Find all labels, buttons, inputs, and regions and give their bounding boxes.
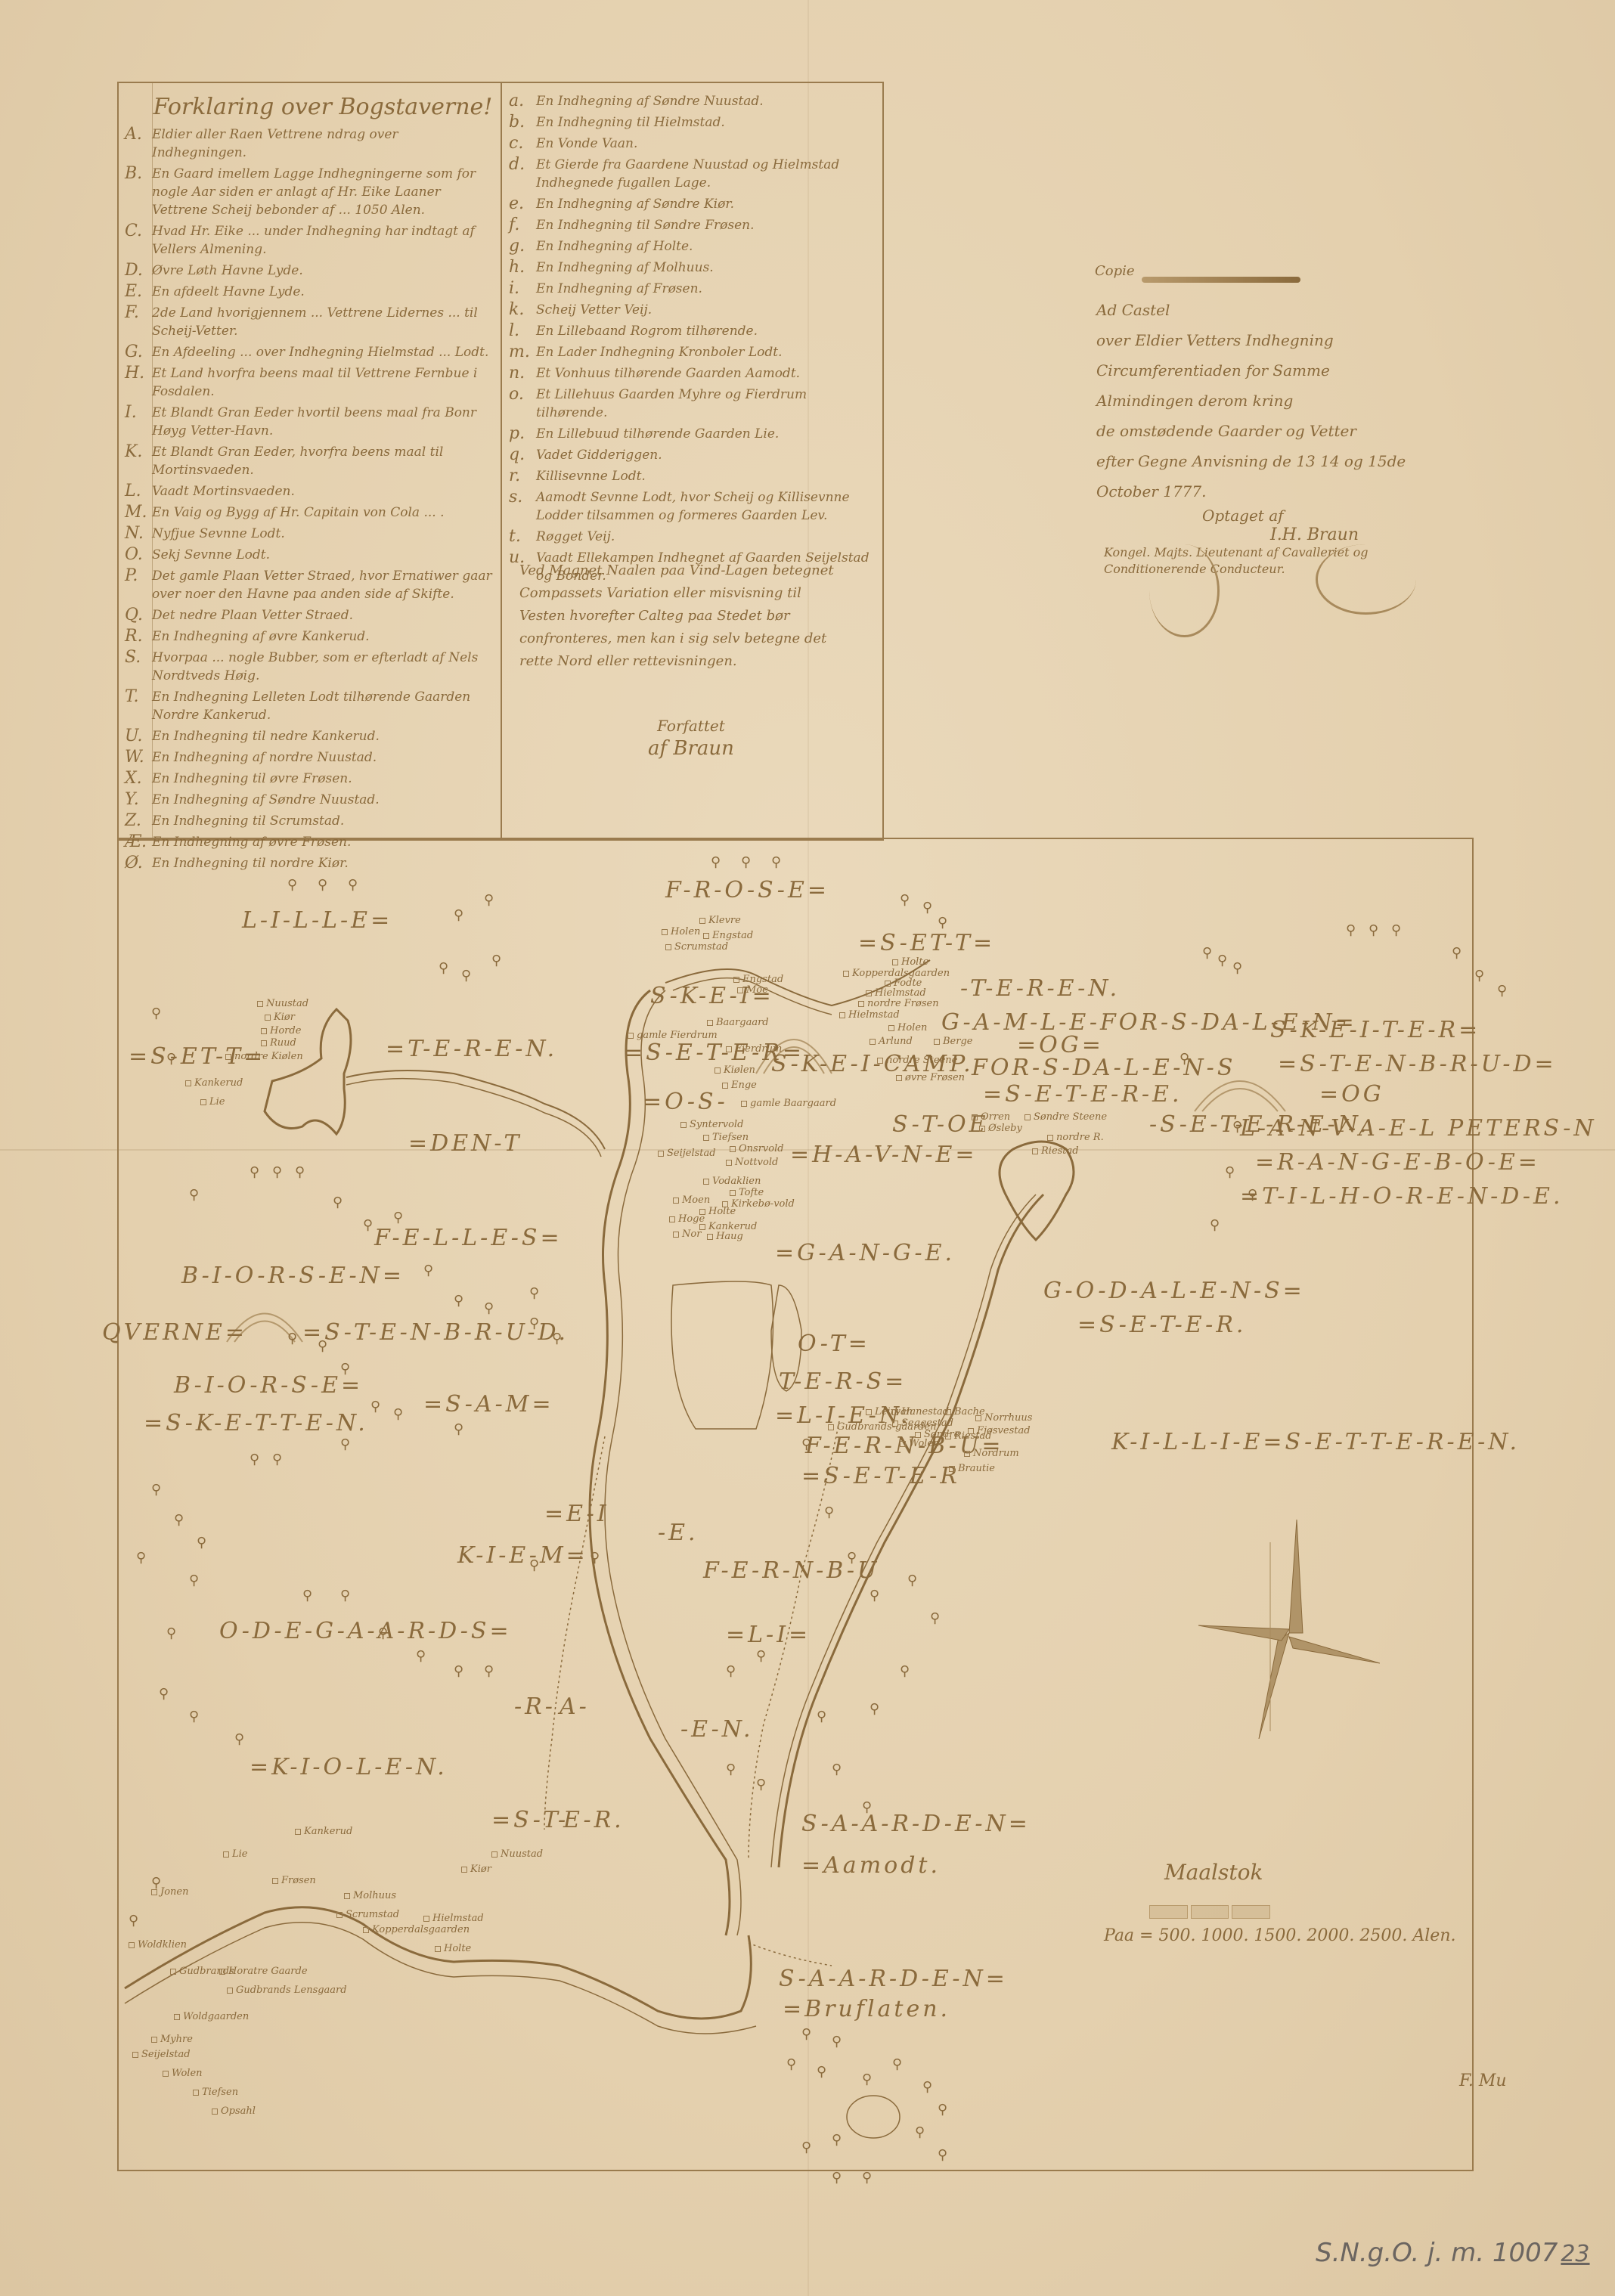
tree-icon: ⚲ bbox=[197, 1535, 206, 1551]
farm-label: Brautie bbox=[949, 1463, 995, 1474]
farm-label: Hanestad bbox=[892, 1406, 949, 1418]
tree-icon: ⚲ bbox=[340, 1588, 350, 1603]
farm-label: Fierdrum bbox=[726, 1043, 782, 1055]
region-label: =Aamodt. bbox=[801, 1852, 941, 1879]
region-label: =S-E-T-E-R-E. bbox=[983, 1081, 1182, 1108]
tree-icon: ⚲ bbox=[166, 1625, 176, 1641]
tree-icon: ⚲ bbox=[250, 1452, 259, 1467]
tree-icon: ⚲ bbox=[590, 1550, 600, 1566]
tree-icon: ⚲ bbox=[363, 1217, 373, 1233]
tree-icon: ⚲ bbox=[166, 1051, 176, 1067]
farm-label: Nor bbox=[673, 1229, 701, 1240]
region-label: -E-N. bbox=[680, 1716, 754, 1743]
farm-label: Baargaard bbox=[707, 1017, 769, 1028]
tree-icon: ⚲ bbox=[1346, 922, 1356, 938]
enclosure-field bbox=[671, 1281, 773, 1429]
tree-icon: ⚲ bbox=[938, 2102, 947, 2118]
farm-label: Molhuus bbox=[344, 1890, 396, 1901]
tree-icon: ⚲ bbox=[151, 1005, 161, 1021]
tree-icon: ⚲ bbox=[938, 2147, 947, 2163]
farm-label: gamle Baargaard bbox=[741, 1098, 836, 1109]
region-label: F-E-L-L-E-S= bbox=[374, 1225, 563, 1251]
compass-rose-icon bbox=[1168, 1512, 1380, 1739]
tree-icon: ⚲ bbox=[529, 1285, 539, 1301]
tree-icon: ⚲ bbox=[922, 900, 932, 916]
region-label: G-O-D-A-L-E-N-S= bbox=[1043, 1278, 1305, 1304]
tree-icon: ⚲ bbox=[174, 1512, 184, 1528]
farm-label: Klevre bbox=[699, 915, 741, 926]
farm-label: Haug bbox=[707, 1231, 743, 1242]
tree-icon: ⚲ bbox=[1210, 1217, 1220, 1233]
region-label: E-R. bbox=[563, 1807, 625, 1833]
region-label: L-A-N-V-A-E-L PETERS-N bbox=[1240, 1115, 1597, 1142]
region-label: S-K-E-I-T-E-R= bbox=[1270, 1017, 1480, 1043]
tree-icon: ⚲ bbox=[1202, 945, 1212, 961]
tree-icon: ⚲ bbox=[416, 1648, 426, 1664]
tree-icon: ⚲ bbox=[189, 1709, 199, 1724]
farm-label: Kiør bbox=[461, 1864, 491, 1875]
hill-steinbrud bbox=[1195, 1081, 1285, 1111]
tree-icon: ⚲ bbox=[869, 1588, 879, 1603]
tree-icon: ⚲ bbox=[234, 1731, 244, 1747]
farm-label: Hielmstad bbox=[839, 1009, 900, 1021]
farm-label: Tiefsen bbox=[703, 1132, 749, 1143]
farm-label: Kopperdalsgaarden bbox=[363, 1924, 470, 1935]
region-label: =S-A-M= bbox=[423, 1391, 554, 1418]
region-label: =S-T-E-N-B-R-U-D= bbox=[1278, 1051, 1557, 1077]
tree-icon: ⚲ bbox=[824, 1504, 834, 1520]
farm-label: Onsrvold bbox=[730, 1143, 784, 1154]
farm-label: Horde bbox=[261, 1025, 301, 1036]
farm-label: Moen bbox=[673, 1194, 710, 1206]
farm-label: Holte bbox=[892, 956, 928, 968]
tree-icon: ⚲ bbox=[318, 877, 327, 893]
tree-icon: ⚲ bbox=[915, 2124, 925, 2140]
farm-label: Riestad bbox=[1032, 1145, 1079, 1157]
tree-icon: ⚲ bbox=[333, 1194, 343, 1210]
tree-icon: ⚲ bbox=[832, 1762, 842, 1777]
tree-icon: ⚲ bbox=[801, 2140, 811, 2155]
tree-icon: ⚲ bbox=[393, 1406, 403, 1422]
farm-label: Opsahl bbox=[212, 2105, 256, 2117]
farm-label: Engstad bbox=[733, 974, 783, 985]
region-label: =Bruflaten. bbox=[783, 1996, 950, 2022]
farm-label: Horatre Gaarde bbox=[219, 1966, 308, 1977]
region-label: T-E-R-S= bbox=[779, 1368, 907, 1395]
farm-label: Kankerud bbox=[185, 1077, 243, 1089]
archive-reference-sub: 23 bbox=[1561, 2241, 1589, 2267]
tree-icon: ⚲ bbox=[250, 1164, 259, 1180]
region-label: =O-S- bbox=[643, 1089, 728, 1115]
tree-icon: ⚲ bbox=[287, 877, 297, 893]
region-label: =S-E-T-E-R. bbox=[1077, 1312, 1246, 1338]
region-label: S-A-A-R-D-E-N= bbox=[779, 1966, 1008, 1992]
tree-icon: ⚲ bbox=[1391, 922, 1401, 938]
farm-label: Hielmstad bbox=[866, 987, 926, 999]
tree-icon: ⚲ bbox=[1452, 945, 1462, 961]
tree-icon: ⚲ bbox=[423, 1263, 433, 1278]
road-main bbox=[544, 1436, 605, 1830]
farm-label: Holen bbox=[888, 1022, 927, 1033]
farm-label: gamle Fierdrum bbox=[628, 1030, 718, 1041]
region-label: =S-ET-T= bbox=[858, 930, 995, 956]
farm-label: nordre R. bbox=[1047, 1132, 1104, 1143]
tree-icon: ⚲ bbox=[1179, 1051, 1189, 1067]
tree-icon: ⚲ bbox=[159, 1686, 169, 1702]
region-label: S-A-A-R-D-E-N= bbox=[801, 1811, 1031, 1837]
tree-icon: ⚲ bbox=[862, 2071, 872, 2087]
region-label: =E-I bbox=[544, 1501, 609, 1527]
tree-icon: ⚲ bbox=[726, 1663, 736, 1679]
region-label: =R-A-N-G-E-B-O-E= bbox=[1255, 1149, 1540, 1176]
region-label: =L-I= bbox=[726, 1622, 811, 1648]
farm-label: Vodaklien bbox=[703, 1176, 761, 1187]
tree-icon: ⚲ bbox=[711, 854, 721, 870]
tree-icon: ⚲ bbox=[786, 2056, 796, 2072]
tree-icon: ⚲ bbox=[1217, 953, 1227, 968]
tree-icon: ⚲ bbox=[340, 1436, 350, 1452]
farm-label: Tofte bbox=[730, 1187, 764, 1198]
east-river bbox=[779, 1194, 1043, 1867]
farm-label: Arlund bbox=[869, 1036, 913, 1047]
tree-icon: ⚲ bbox=[454, 1421, 463, 1437]
tree-icon: ⚲ bbox=[832, 2132, 842, 2148]
tree-icon: ⚲ bbox=[726, 1762, 736, 1777]
tree-icon: ⚲ bbox=[892, 2056, 902, 2072]
tree-icon: ⚲ bbox=[817, 2064, 826, 2080]
farm-label: Scrumstad bbox=[665, 941, 728, 953]
tree-icon: ⚲ bbox=[741, 854, 751, 870]
region-label: -T-E-R-E-N. bbox=[960, 975, 1120, 1002]
tree-icon: ⚲ bbox=[907, 1572, 917, 1588]
farm-label: Frøsen bbox=[272, 1875, 316, 1886]
region-label: =T-E-R-E-N. bbox=[386, 1036, 557, 1062]
scale-graphic bbox=[1149, 1905, 1270, 1919]
tree-icon: ⚲ bbox=[922, 2079, 932, 2095]
tree-icon: ⚲ bbox=[1225, 1164, 1235, 1180]
tree-icon: ⚲ bbox=[302, 1588, 312, 1603]
tree-icon: ⚲ bbox=[151, 1482, 161, 1498]
region-label: B-I-O-R-S-E-N= bbox=[181, 1263, 405, 1289]
tree-icon: ⚲ bbox=[136, 1550, 146, 1566]
farm-label: Syntervold bbox=[680, 1119, 743, 1130]
tree-icon: ⚲ bbox=[869, 1701, 879, 1717]
farm-label: Holen bbox=[662, 926, 700, 937]
tree-icon: ⚲ bbox=[295, 1164, 305, 1180]
farm-label: Holte bbox=[699, 1206, 736, 1217]
tree-icon: ⚲ bbox=[756, 1777, 766, 1792]
corner-mark: F. Mu bbox=[1459, 2071, 1507, 2090]
farm-label: Enge bbox=[722, 1080, 757, 1091]
farm-label: Tiefsen bbox=[193, 2087, 238, 2098]
farm-label: nordre Kiølen bbox=[225, 1051, 303, 1062]
tree-icon: ⚲ bbox=[484, 892, 494, 908]
region-label: B-I-O-R-S-E= bbox=[174, 1372, 363, 1399]
farm-label: Scrumstad bbox=[336, 1909, 399, 1920]
tree-icon: ⚲ bbox=[1232, 960, 1242, 976]
region-label: =S-T- bbox=[491, 1807, 569, 1833]
region-label: O-T= bbox=[798, 1331, 870, 1357]
farm-label: Norrhuus bbox=[975, 1412, 1032, 1424]
region-label: =T-I-L-H-O-R-E-N-D-E. bbox=[1240, 1183, 1563, 1210]
farm-label: Gudbrands Lensgaard bbox=[227, 1985, 347, 1996]
tree-icon: ⚲ bbox=[189, 1572, 199, 1588]
tree-icon: ⚲ bbox=[348, 877, 358, 893]
farm-label: Øsleby bbox=[979, 1123, 1022, 1134]
region-label: =K-I-O-L-E-N. bbox=[250, 1754, 448, 1780]
tree-icon: ⚲ bbox=[272, 1164, 282, 1180]
tree-icon: ⚲ bbox=[801, 1436, 811, 1452]
region-label: =H-A-V-N-E= bbox=[790, 1142, 978, 1168]
tree-icon: ⚲ bbox=[129, 1913, 138, 1929]
farm-label: Wolen bbox=[900, 1438, 940, 1449]
region-label: O-D-E-G-A-A-R-D-S= bbox=[219, 1618, 512, 1644]
region-label: FOR-S-DA-L-E-N-S bbox=[972, 1055, 1235, 1081]
farm-label: Wolen bbox=[163, 2068, 203, 2079]
tree-icon: ⚲ bbox=[439, 960, 448, 976]
farm-label: Fjøsvestad bbox=[968, 1425, 1031, 1436]
tree-icon: ⚲ bbox=[151, 1875, 161, 1891]
farm-label: Ruud bbox=[261, 1037, 296, 1049]
farm-label: Holte bbox=[435, 1943, 471, 1954]
tree-icon: ⚲ bbox=[189, 1187, 199, 1203]
tree-icon: ⚲ bbox=[318, 1338, 327, 1354]
tree-icon: ⚲ bbox=[930, 1610, 940, 1626]
tree-icon: ⚲ bbox=[1248, 1187, 1257, 1203]
farm-label: Nuustad bbox=[257, 998, 308, 1009]
farm-label: Myhre bbox=[151, 2034, 193, 2045]
farm-label: Lie bbox=[200, 1096, 225, 1108]
tree-icon: ⚲ bbox=[454, 1293, 463, 1309]
scale-text: Paa = 500. 1000. 1500. 2000. 2500. Alen. bbox=[1104, 1926, 1455, 1945]
farm-label: Hielmstad bbox=[423, 1913, 484, 1924]
tree-icon: ⚲ bbox=[756, 1648, 766, 1664]
tree-icon: ⚲ bbox=[484, 1663, 494, 1679]
farm-label: Søndre Steene bbox=[1024, 1111, 1107, 1123]
enclosure-south bbox=[847, 2096, 900, 2138]
tree-icon: ⚲ bbox=[862, 1799, 872, 1815]
region-label: =G-A-N-G-E. bbox=[775, 1240, 955, 1266]
region-label: =S-E-T-E-R bbox=[801, 1463, 960, 1489]
tree-icon: ⚲ bbox=[370, 1399, 380, 1414]
tree-icon: ⚲ bbox=[771, 854, 781, 870]
tree-icon: ⚲ bbox=[552, 1331, 562, 1346]
tree-icon: ⚲ bbox=[900, 1663, 910, 1679]
tree-icon: ⚲ bbox=[1369, 922, 1378, 938]
tree-icon: ⚲ bbox=[393, 1210, 403, 1225]
tree-icon: ⚲ bbox=[801, 2026, 811, 2042]
archive-reference-main: S.N.g.O. j. m. 1007 bbox=[1316, 2238, 1558, 2268]
farm-label: Seijelstad bbox=[658, 1148, 716, 1159]
tree-icon: ⚲ bbox=[484, 1300, 494, 1316]
farm-label: Nuustad bbox=[491, 1848, 543, 1860]
road-south bbox=[749, 1943, 832, 1966]
tree-icon: ⚲ bbox=[529, 1557, 539, 1573]
tree-icon: ⚲ bbox=[847, 1550, 857, 1566]
tree-icon: ⚲ bbox=[1497, 983, 1507, 999]
tree-icon: ⚲ bbox=[272, 1452, 282, 1467]
farm-label: Woldklien bbox=[129, 1939, 187, 1951]
region-label: -R- bbox=[514, 1693, 556, 1720]
tree-icon: ⚲ bbox=[340, 1361, 350, 1377]
tree-icon: ⚲ bbox=[454, 907, 463, 923]
tree-icon: ⚲ bbox=[1232, 1119, 1242, 1135]
tree-icon: ⚲ bbox=[862, 2170, 872, 2186]
tree-icon: ⚲ bbox=[900, 892, 910, 908]
farm-label: Berge bbox=[934, 1036, 972, 1047]
farm-label: Kiølen bbox=[715, 1064, 755, 1076]
farm-label: Lie bbox=[223, 1848, 247, 1860]
scale-title: Maalstok bbox=[1164, 1860, 1263, 1885]
tree-icon: ⚲ bbox=[461, 968, 471, 984]
region-label: =OG bbox=[1319, 1081, 1384, 1108]
farm-label: Moe bbox=[737, 984, 768, 996]
farm-label: Seijelstad bbox=[132, 2049, 191, 2060]
tree-icon: ⚲ bbox=[529, 1315, 539, 1331]
region-label: -E. bbox=[658, 1520, 699, 1546]
farm-label: Nordrum bbox=[964, 1448, 1019, 1459]
tree-icon: ⚲ bbox=[491, 953, 501, 968]
farm-label: nordre Steene bbox=[877, 1055, 957, 1066]
farm-label: Seggestad bbox=[892, 1418, 953, 1429]
tree-icon: ⚲ bbox=[832, 2170, 842, 2186]
archive-reference: S.N.g.O. j. m. 100723 bbox=[1316, 2238, 1590, 2268]
region-label: K-I-E-M= bbox=[457, 1542, 588, 1569]
tree-icon: ⚲ bbox=[938, 915, 947, 931]
farm-label: Kiør bbox=[265, 1012, 295, 1023]
tree-icon: ⚲ bbox=[832, 2034, 842, 2050]
region-label: F-R-O-S-E= bbox=[665, 877, 829, 903]
farm-label: Nottvold bbox=[726, 1157, 778, 1168]
tree-icon: ⚲ bbox=[287, 1331, 297, 1346]
farm-label: Orren bbox=[972, 1111, 1010, 1123]
tree-icon: ⚲ bbox=[817, 1709, 826, 1724]
farm-label: Woldgaarden bbox=[174, 2011, 249, 2022]
farm-label: Engstad bbox=[703, 930, 753, 941]
farm-label: Kankerud bbox=[295, 1826, 352, 1837]
region-label: =DEN-T bbox=[408, 1130, 522, 1157]
tree-icon: ⚲ bbox=[1474, 968, 1484, 984]
farm-label: øvre Frøsen bbox=[896, 1072, 965, 1083]
region-label: QVERNE= bbox=[102, 1319, 247, 1346]
region-label: =S-K-E-T-T-E-N. bbox=[144, 1410, 368, 1436]
farm-label: nordre Frøsen bbox=[858, 998, 939, 1009]
region-label: A- bbox=[560, 1693, 590, 1720]
region-label: L-I-L-L-E= bbox=[242, 907, 392, 934]
tree-icon: ⚲ bbox=[378, 1625, 388, 1641]
region-label: K-I-L-L-I-E=S-E-T-T-E-R-E-N. bbox=[1111, 1429, 1520, 1455]
tree-icon: ⚲ bbox=[454, 1663, 463, 1679]
